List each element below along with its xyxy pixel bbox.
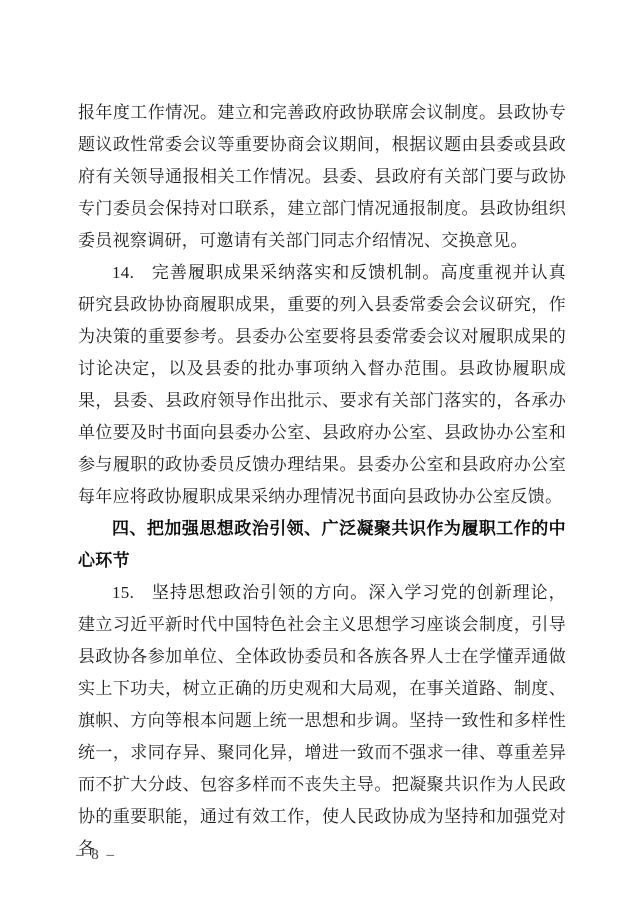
document-page: 报年度工作情况。建立和完善政府政协联席会议制度。县政协专题议政性常委会议等重要协… <box>0 0 644 912</box>
paragraph-item-15: 15.坚持思想政治引领的方向。深入学习党的创新理论，建立习近平新时代中国特色社会… <box>78 577 566 865</box>
item-number: 15. <box>112 583 134 602</box>
section-heading-text: 四、把加强思想政治引领、广泛凝聚共识作为履职工作的中心环节 <box>78 519 566 570</box>
paragraph-text: 报年度工作情况。建立和完善政府政协联席会议制度。县政协专题议政性常委会议等重要协… <box>78 103 566 250</box>
document-content: 报年度工作情况。建立和完善政府政协联席会议制度。县政协专题议政性常委会议等重要协… <box>78 97 566 865</box>
item-heading: 完善履职成果采纳落实和反馈机制。 <box>151 263 440 282</box>
item-body-text: 深入学习党的创新理论，建立习近平新时代中国特色社会主义思想学习座谈会制度，引导县… <box>78 583 566 858</box>
item-body-text: 高度重视并认真研究县政协协商履职成果，重要的列入县委常委会会议研究，作为决策的重… <box>78 263 566 506</box>
item-number: 14. <box>112 263 134 282</box>
paragraph-item-14: 14.完善履职成果采纳落实和反馈机制。高度重视并认真研究县政协协商履职成果，重要… <box>78 257 566 513</box>
item-heading: 坚持思想政治引领的方向。 <box>151 583 368 602</box>
page-number: – 8 – <box>76 844 116 866</box>
paragraph-continuation: 报年度工作情况。建立和完善政府政协联席会议制度。县政协专题议政性常委会议等重要协… <box>78 97 566 257</box>
section-heading: 四、把加强思想政治引领、广泛凝聚共识作为履职工作的中心环节 <box>78 513 566 577</box>
